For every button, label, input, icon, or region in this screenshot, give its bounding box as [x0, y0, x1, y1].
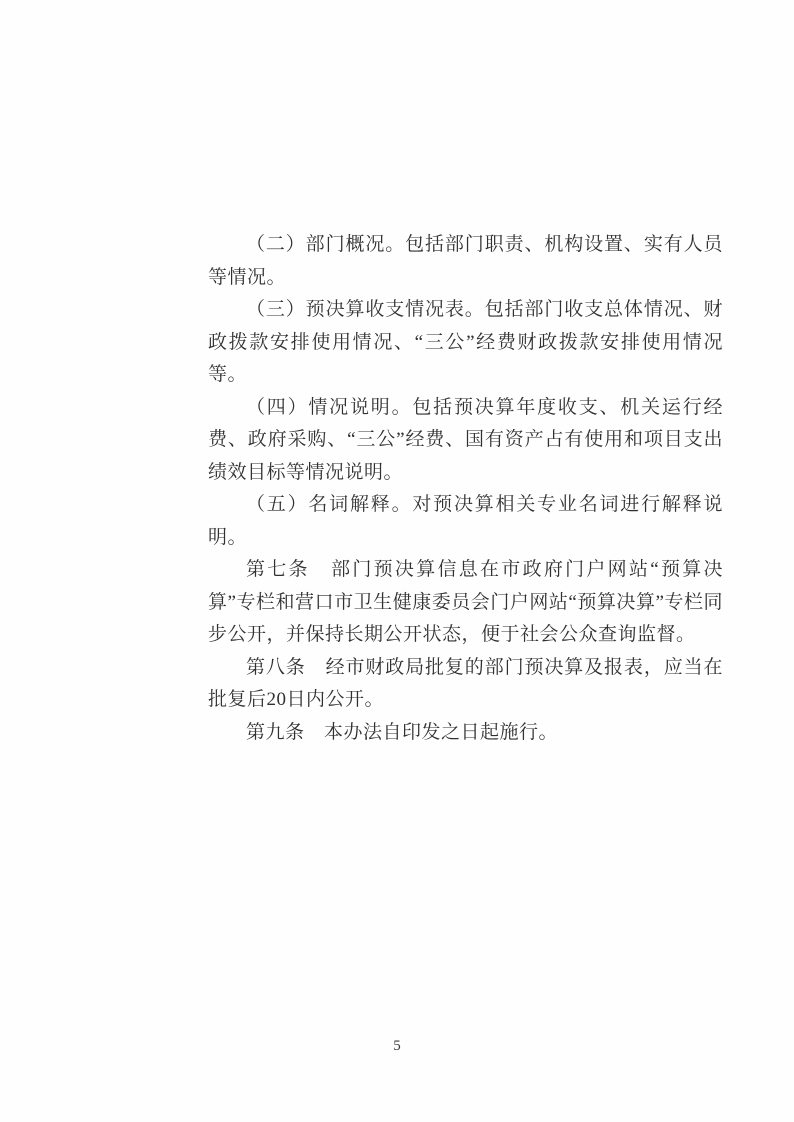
paragraph-item-2: （二）部门概况。包括部门职责、机构设置、实有人员等情况。 — [208, 229, 723, 294]
paragraph-article-8: 第八条 经市财政局批复的部门预决算及报表，应当在批复后20日内公开。 — [208, 652, 723, 717]
paragraph-item-5: （五）名词解释。对预决算相关专业名词进行解释说明。 — [208, 489, 723, 554]
paragraph-article-7: 第七条 部门预决算信息在市政府门户网站“预算决算”专栏和营口市卫生健康委员会门户… — [208, 554, 723, 652]
page-number: 5 — [0, 1038, 794, 1055]
document-page: （二）部门概况。包括部门职责、机构设置、实有人员等情况。 （三）预决算收支情况表… — [0, 0, 794, 1122]
paragraph-article-9: 第九条 本办法自印发之日起施行。 — [208, 717, 723, 750]
paragraph-item-4: （四）情况说明。包括预决算年度收支、机关运行经费、政府采购、“三公”经费、国有资… — [208, 392, 723, 490]
paragraph-item-3: （三）预决算收支情况表。包括部门收支总体情况、财政拨款安排使用情况、“三公”经费… — [208, 294, 723, 392]
document-body: （二）部门概况。包括部门职责、机构设置、实有人员等情况。 （三）预决算收支情况表… — [208, 229, 723, 749]
